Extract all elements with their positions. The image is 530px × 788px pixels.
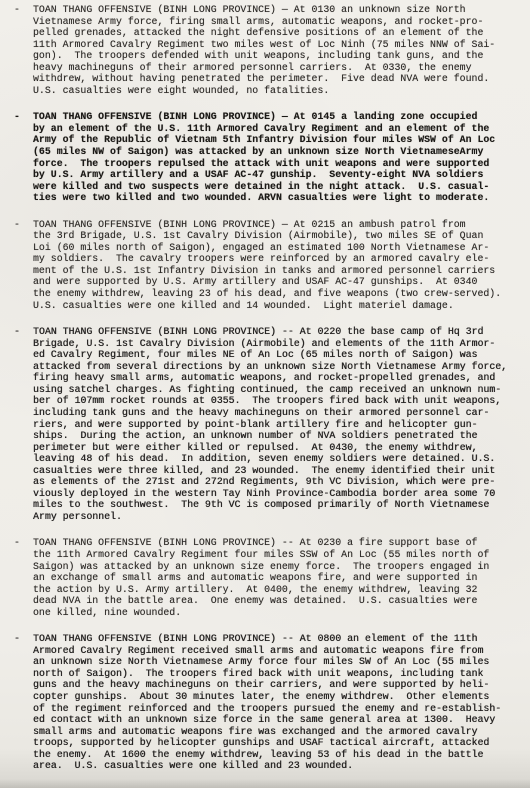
bullet-dash-icon: - [14,326,20,338]
report-entry: - TOAN THANG OFFENSIVE (BINH LONG PROVIN… [0,219,530,311]
bullet-dash-icon: - [14,111,20,123]
bullet-dash-icon: - [14,537,20,549]
report-entry: - TOAN THANG OFFENSIVE (BINH LONG PROVIN… [0,537,530,618]
entry-text: TOAN THANG OFFENSIVE (BINH LONG PROVINCE… [33,111,524,203]
report-entry: - TOAN THANG OFFENSIVE (BINH LONG PROVIN… [0,326,530,522]
report-entry: - TOAN THANG OFFENSIVE (BINH LONG PROVIN… [0,633,530,772]
entry-text: TOAN THANG OFFENSIVE (BINH LONG PROVINCE… [33,633,524,772]
report-entry: - TOAN THANG OFFENSIVE (BINH LONG PROVIN… [0,111,530,203]
bullet-dash-icon: - [14,633,20,645]
entry-text: TOAN THANG OFFENSIVE (BINH LONG PROVINCE… [33,4,524,96]
entry-text: TOAN THANG OFFENSIVE (BINH LONG PROVINCE… [33,537,524,618]
report-entry: - TOAN THANG OFFENSIVE (BINH LONG PROVIN… [0,4,530,96]
bullet-dash-icon: - [14,219,20,231]
entry-text: TOAN THANG OFFENSIVE (BINH LONG PROVINCE… [33,326,524,522]
page-bottom-shadow [0,779,530,788]
report-page: - TOAN THANG OFFENSIVE (BINH LONG PROVIN… [0,0,530,788]
report-entries: - TOAN THANG OFFENSIVE (BINH LONG PROVIN… [0,4,530,772]
entry-text: TOAN THANG OFFENSIVE (BINH LONG PROVINCE… [33,219,524,311]
bullet-dash-icon: - [14,4,20,16]
